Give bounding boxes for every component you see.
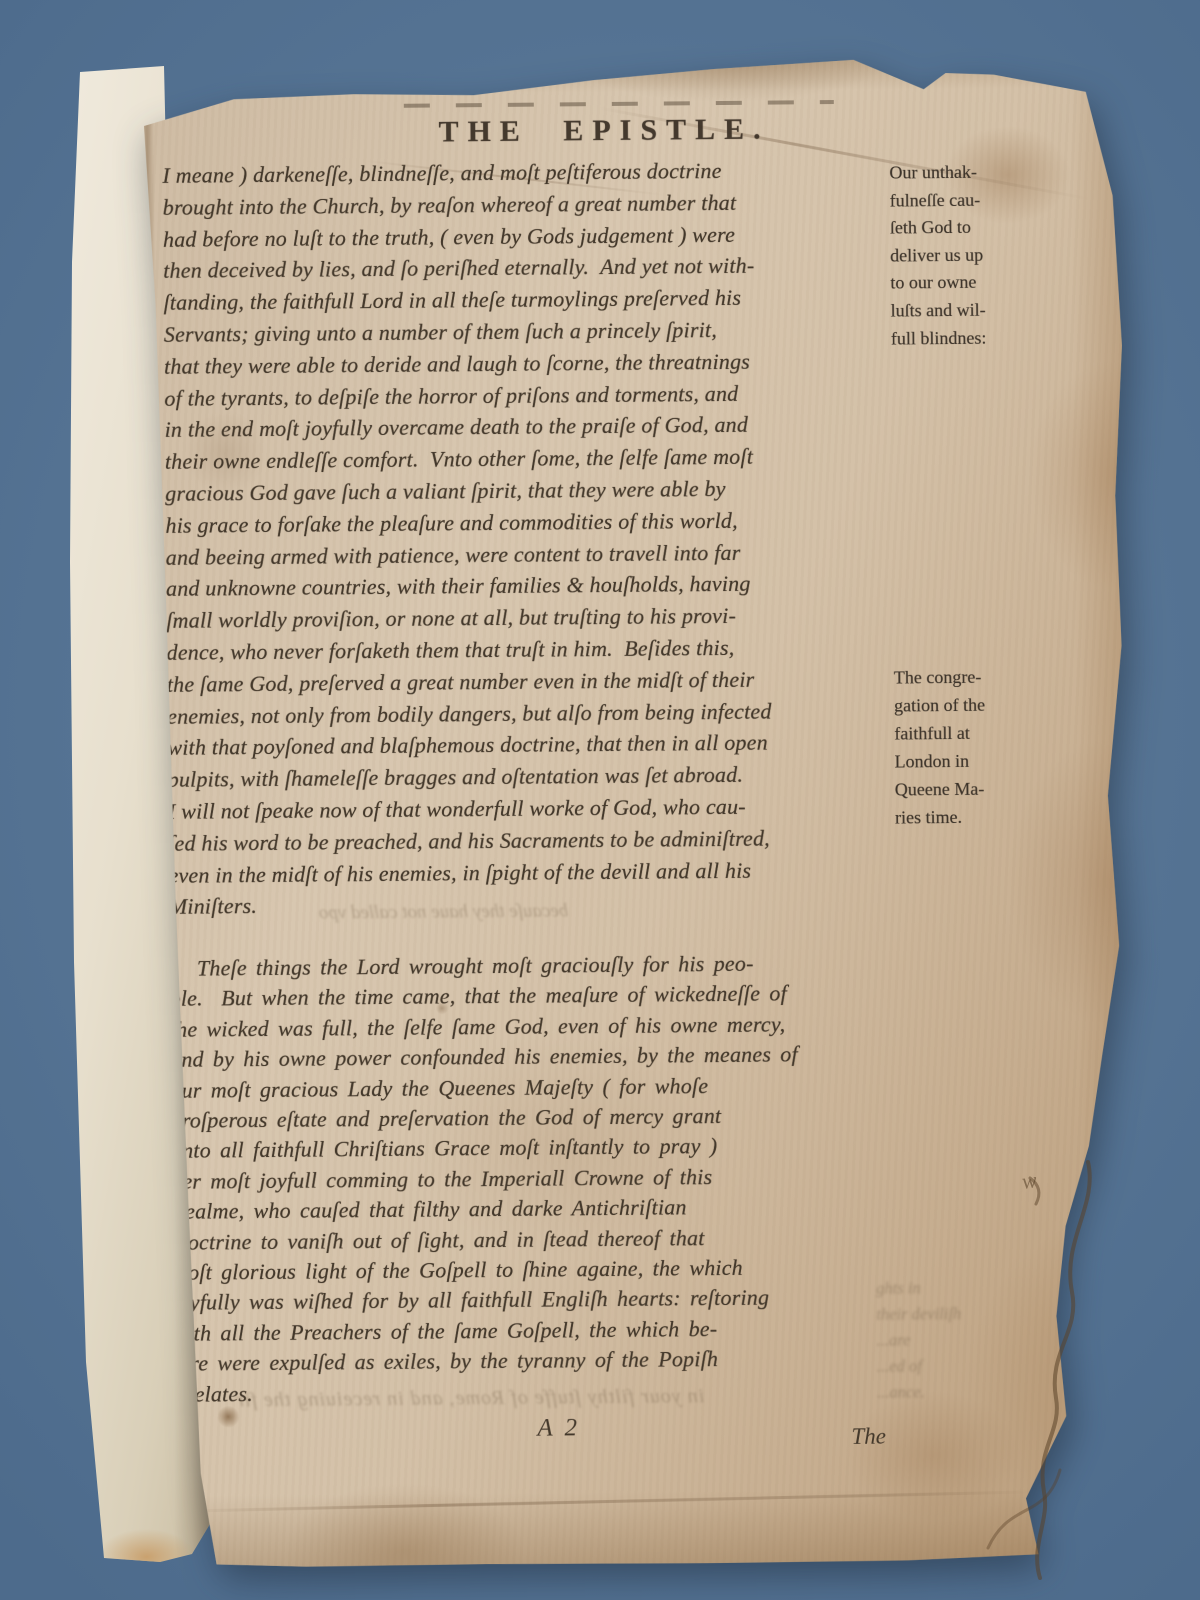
page-title: THE EPISTLE. (284, 111, 924, 151)
catchword: The (851, 1424, 886, 1450)
signature-mark: A 2 (537, 1414, 580, 1442)
main-text-paragraph-2: Theſe things the Lord wrought moſt graci… (169, 948, 801, 1410)
margin-note-unthankfulness: Our unthak- fulneſſe cau- ſeth God to de… (889, 159, 986, 353)
margin-note-congregation: The congre- gation of the faithfull at L… (894, 663, 986, 832)
bottom-fold-line (176, 1490, 1036, 1513)
book-photo: THE EPISTLE. I meane ) darkeneſſe, blind… (0, 0, 1200, 1600)
show-through-text-margin: ghts in their deviliſh ...are ...ed of .… (876, 1275, 962, 1406)
broken-rule (404, 100, 834, 108)
page-leaf-wrap: THE EPISTLE. I meane ) darkeneſſe, blind… (73, 53, 1146, 1570)
page-leaf: THE EPISTLE. I meane ) darkeneſſe, blind… (73, 53, 1146, 1568)
main-text-paragraph-1: I meane ) darkeneſſe, blindneſſe, and mo… (162, 155, 773, 923)
w-ink-mark: w (1020, 1167, 1038, 1195)
gutter-crease-line (138, 92, 167, 1552)
photo-background: { "colors": { "backdrop": "#567494", "pa… (0, 0, 1200, 1600)
